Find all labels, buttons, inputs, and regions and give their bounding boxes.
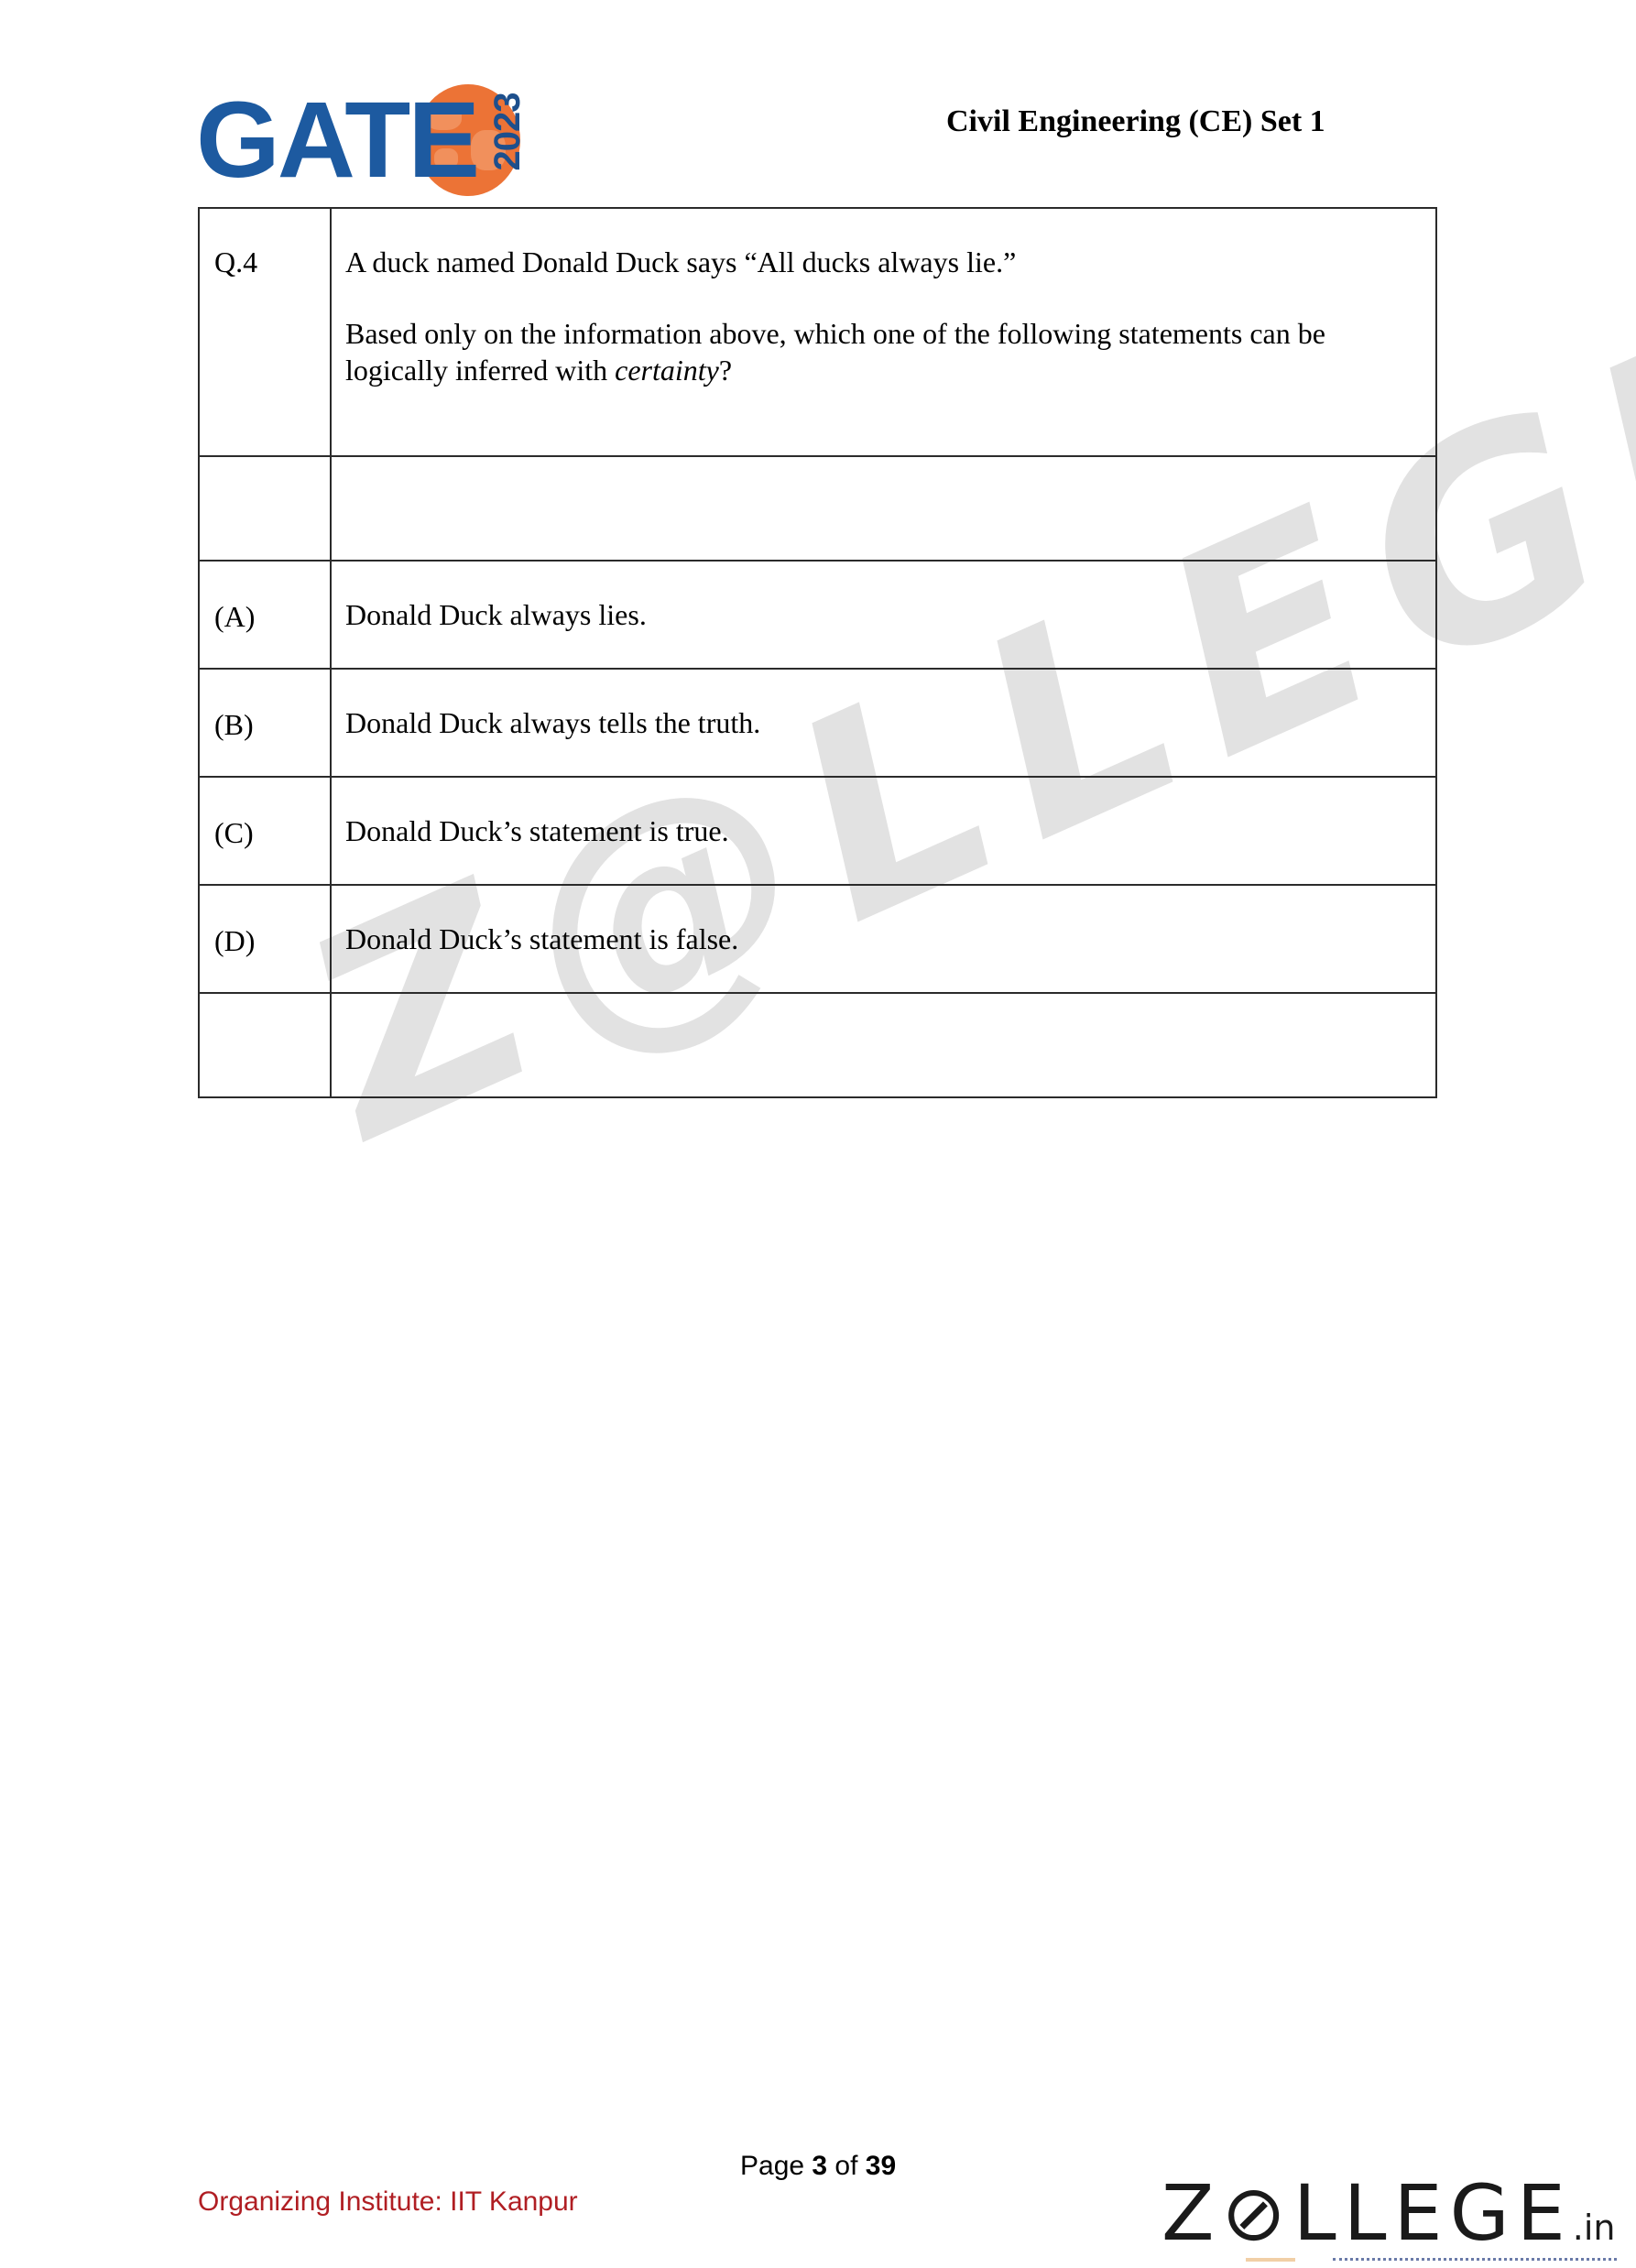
option-row-a: (A) Donald Duck always lies. bbox=[199, 561, 1436, 669]
option-row-c: (C) Donald Duck’s statement is true. bbox=[199, 777, 1436, 885]
page-of: of bbox=[827, 2151, 866, 2181]
blank-cell bbox=[199, 993, 331, 1097]
question-row: Q.4 A duck named Donald Duck says “All d… bbox=[199, 208, 1436, 456]
option-label: (C) bbox=[199, 777, 331, 885]
zollege-logo-suffix: .in bbox=[1573, 2208, 1616, 2248]
question-table: Q.4 A duck named Donald Duck says “All d… bbox=[198, 207, 1437, 1098]
blank-cell bbox=[199, 456, 331, 561]
blank-cell bbox=[331, 993, 1436, 1097]
gate-2023-logo: GATE 2023 bbox=[196, 79, 517, 198]
option-label: (D) bbox=[199, 885, 331, 993]
gate-logo-word: GATE bbox=[196, 90, 477, 191]
option-text: Donald Duck’s statement is true. bbox=[331, 777, 1436, 885]
gate-logo-year: 2023 bbox=[491, 93, 524, 171]
option-label: (B) bbox=[199, 669, 331, 777]
organizing-institute: Organizing Institute: IIT Kanpur bbox=[198, 2186, 578, 2218]
option-row-d: (D) Donald Duck’s statement is false. bbox=[199, 885, 1436, 993]
page-current: 3 bbox=[812, 2151, 827, 2181]
question-statement: A duck named Donald Duck says “All ducks… bbox=[345, 209, 1424, 280]
question-prompt-text: Based only on the information above, whi… bbox=[345, 317, 1325, 387]
option-text: Donald Duck always lies. bbox=[331, 561, 1436, 669]
option-text: Donald Duck always tells the truth. bbox=[331, 669, 1436, 777]
page-prefix: Page bbox=[740, 2151, 812, 2181]
zollege-tagline bbox=[1333, 2258, 1617, 2264]
zollege-logo-text: Z⊘LLEGE bbox=[1162, 2168, 1573, 2258]
blank-row bbox=[199, 456, 1436, 561]
option-label: (A) bbox=[199, 561, 331, 669]
question-number: Q.4 bbox=[199, 208, 331, 456]
zollege-tagline-mark bbox=[1246, 2258, 1295, 2262]
question-prompt-end: ? bbox=[719, 354, 732, 387]
question-text-cell: A duck named Donald Duck says “All ducks… bbox=[331, 208, 1436, 456]
page-number: Page 3 of 39 bbox=[740, 2151, 896, 2182]
question-prompt-emphasis: certainty bbox=[615, 354, 719, 387]
question-prompt: Based only on the information above, whi… bbox=[345, 315, 1424, 388]
blank-row bbox=[199, 993, 1436, 1097]
option-row-b: (B) Donald Duck always tells the truth. bbox=[199, 669, 1436, 777]
blank-cell bbox=[331, 456, 1436, 561]
paper-title: Civil Engineering (CE) Set 1 bbox=[946, 104, 1325, 139]
option-text: Donald Duck’s statement is false. bbox=[331, 885, 1436, 993]
zollege-logo: Z⊘LLEGE.in bbox=[1162, 2175, 1616, 2266]
page-total: 39 bbox=[866, 2151, 896, 2181]
